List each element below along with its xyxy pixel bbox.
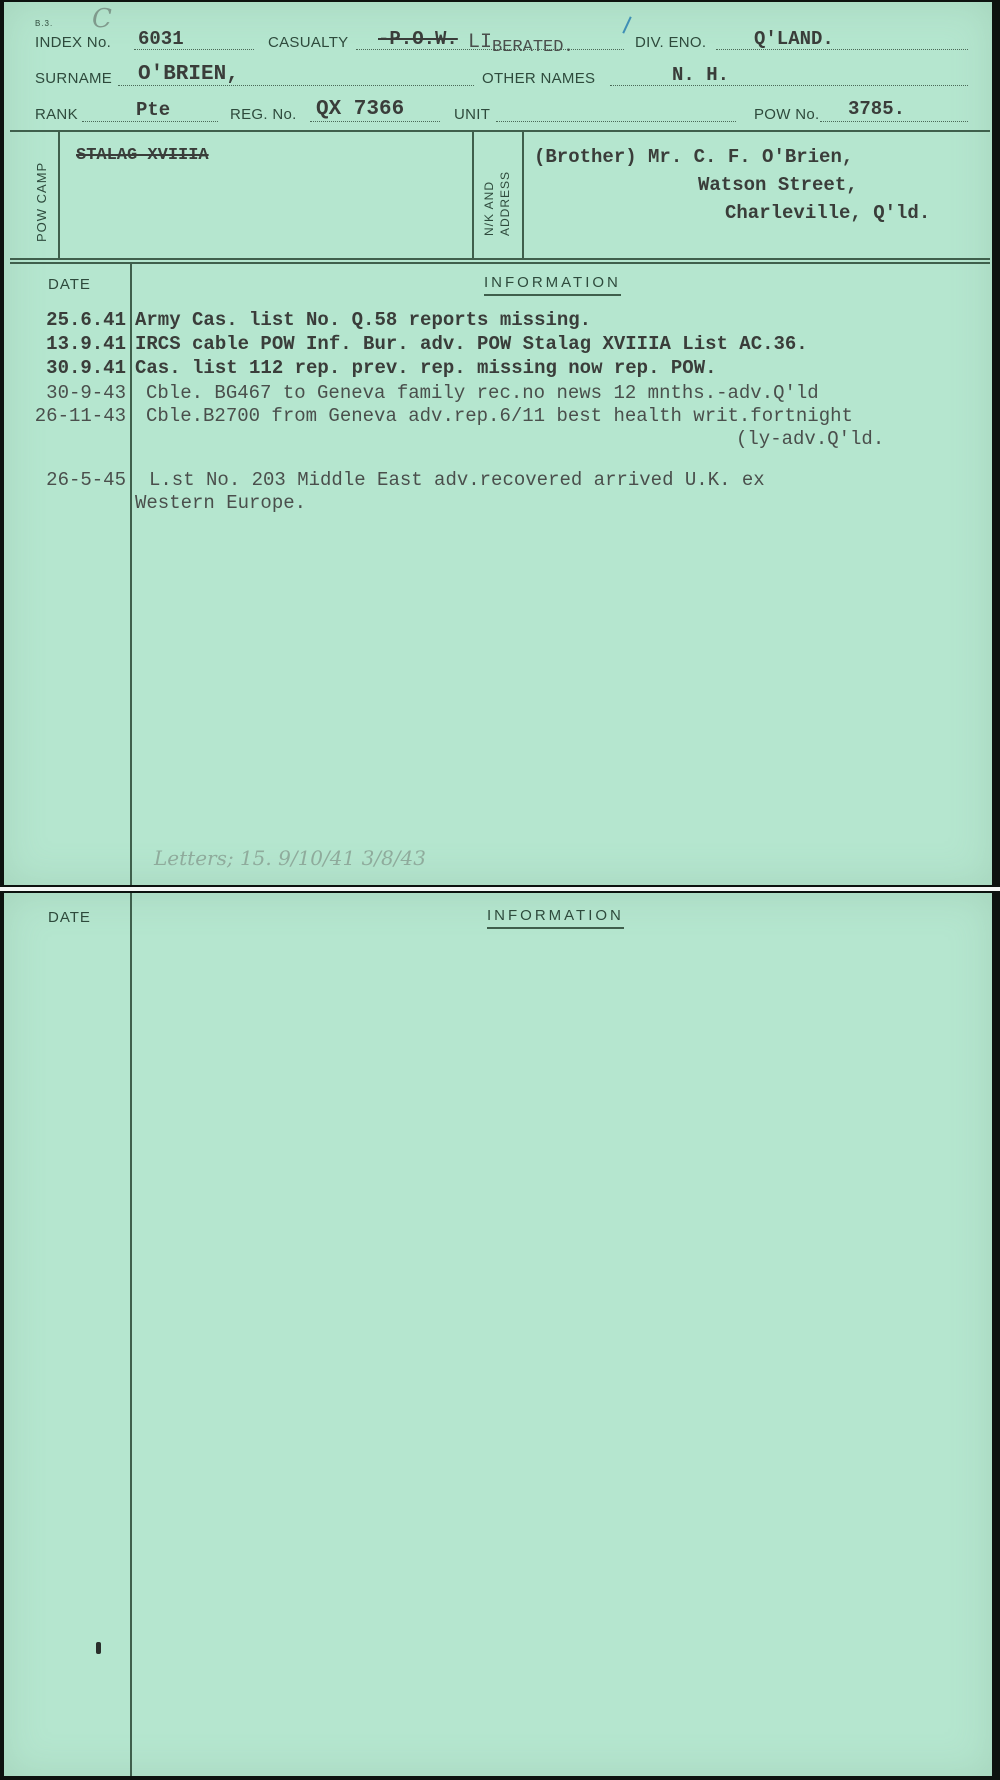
dotted-line [610, 85, 968, 86]
reg-no-value: QX 7366 [316, 98, 404, 121]
information-header: INFORMATION [487, 907, 624, 929]
pencil-note: Letters; 15. 9/10/41 3/8/43 [154, 846, 426, 870]
index-no-value: 6031 [138, 28, 184, 50]
entry-date: 30.9.41 [46, 357, 126, 379]
casualty-value-suffix: BERATED. [492, 38, 574, 57]
casualty-value: LIBERATED. [468, 31, 574, 54]
rank-label: RANK [35, 106, 78, 123]
nok-label-line2: ADDRESS [498, 171, 512, 236]
pencil-mark: C [92, 4, 112, 34]
surname-value: O'BRIEN, [138, 63, 239, 86]
entry-info: Western Europe. [135, 492, 306, 514]
form-code: B.3. [35, 19, 53, 28]
card-separator [0, 887, 1000, 891]
entry-info: IRCS cable POW Inf. Bur. adv. POW Stalag… [135, 333, 808, 355]
nok-label-line1: N/K AND [482, 181, 496, 236]
date-column-divider [130, 264, 132, 885]
casualty-value-prefix: LI [468, 31, 492, 54]
casualty-label: CASUALTY [268, 34, 348, 51]
other-names-value: N. H. [672, 64, 729, 86]
divider [58, 130, 60, 258]
dotted-line [310, 121, 440, 122]
pow-no-label: POW No. [754, 106, 819, 123]
record-card-back: DATE INFORMATION [4, 893, 992, 1776]
nok-line-3: Charleville, Q'ld. [725, 202, 930, 224]
div-eno-value: Q'LAND. [754, 28, 834, 50]
entry-info: Cble.B2700 from Geneva adv.rep.6/11 best… [146, 405, 853, 427]
dotted-line [820, 121, 968, 122]
divider [10, 258, 990, 260]
entry-info: L.st No. 203 Middle East adv.recovered a… [149, 469, 765, 491]
entry-date: 26-11-43 [35, 405, 126, 427]
dotted-line [82, 121, 218, 122]
dotted-line [496, 121, 736, 122]
casualty-struck-value: -P.O.W. [378, 28, 458, 50]
nok-line-1: (Brother) Mr. C. F. O'Brien, [534, 146, 853, 168]
pow-camp-label: POW CAMP [34, 162, 49, 242]
index-no-label: INDEX No. [35, 34, 111, 51]
divider [472, 130, 474, 258]
entry-date: 26-5-45 [46, 469, 126, 491]
blue-tick-mark [622, 16, 631, 33]
nok-line-2: Watson Street, [698, 174, 858, 196]
entry-info: Army Cas. list No. Q.58 reports missing. [135, 309, 591, 331]
other-names-label: OTHER NAMES [482, 70, 595, 87]
pow-camp-struck-value: STALAG XVIIIA [76, 146, 209, 165]
entry-date: 30-9-43 [46, 382, 126, 404]
entry-date: 13.9.41 [46, 333, 126, 355]
divider [522, 130, 524, 258]
div-eno-label: DIV. ENO. [635, 34, 706, 51]
information-header: INFORMATION [484, 274, 621, 296]
punch-mark [96, 1642, 101, 1654]
surname-label: SURNAME [35, 70, 112, 87]
entry-date: 25.6.41 [46, 309, 126, 331]
record-card-front: B.3. C INDEX No. 6031 CASUALTY -P.O.W. L… [4, 2, 992, 885]
rank-value: Pte [136, 99, 170, 121]
unit-label: UNIT [454, 106, 490, 123]
entry-info: Cble. BG467 to Geneva family rec.no news… [146, 382, 819, 404]
entry-info: (ly-adv.Q'ld. [736, 428, 884, 450]
reg-no-label: REG. No. [230, 106, 297, 123]
divider [10, 262, 990, 264]
date-header: DATE [48, 909, 91, 926]
date-column-divider [130, 893, 132, 1776]
date-header: DATE [48, 276, 91, 293]
pow-no-value: 3785. [848, 98, 905, 120]
entry-info: Cas. list 112 rep. prev. rep. missing no… [135, 357, 717, 379]
divider [10, 130, 990, 132]
